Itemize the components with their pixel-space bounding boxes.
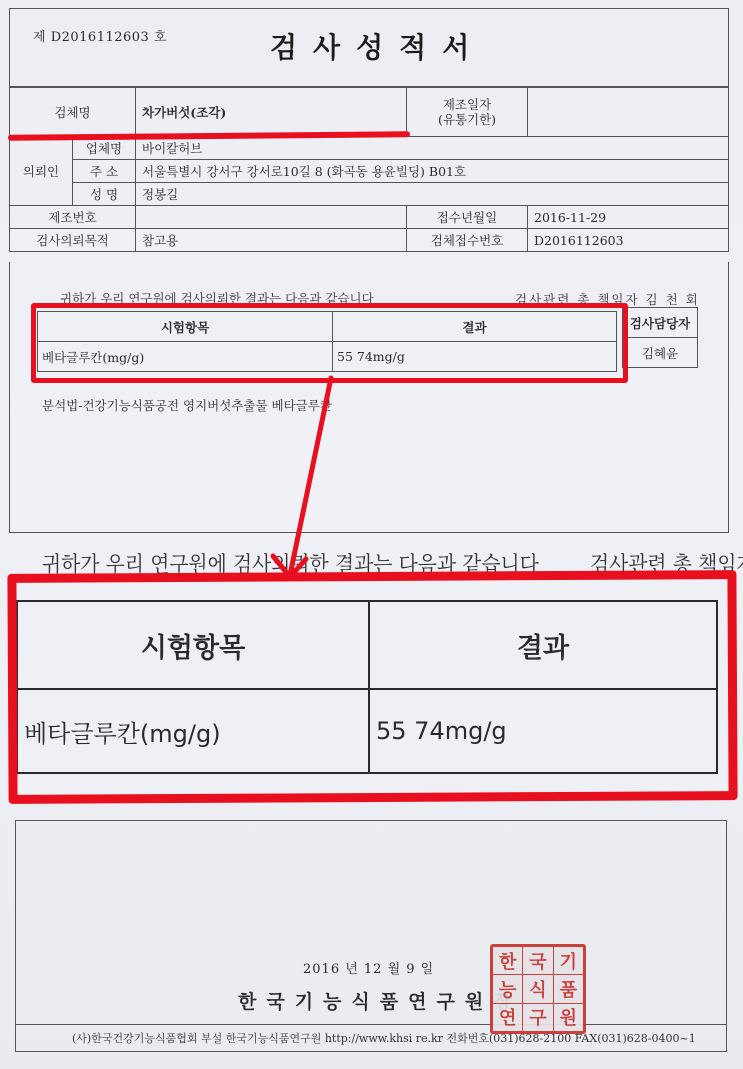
seal-char: 품 bbox=[554, 975, 583, 1002]
analysis-method: 분석법-건강기능식품공전 영지버섯추출물 베타글루칸 bbox=[42, 396, 332, 414]
seal-char: 식 bbox=[523, 975, 552, 1002]
receipt-number: D2016112603 bbox=[528, 229, 729, 252]
purpose: 참고용 bbox=[136, 229, 407, 252]
seal-char: 원 bbox=[554, 1004, 583, 1031]
footer-contact: (사)한국건강기능식품협회 부설 한국기능식품연구원 http://www.kh… bbox=[72, 1030, 696, 1046]
requester-name: 정봉길 bbox=[136, 183, 729, 206]
official-seal-icon: 한 국 기 능 식 품 연 구 원 bbox=[490, 944, 586, 1034]
sample-name: 차가버섯(조각) bbox=[136, 87, 407, 137]
seal-char: 한 bbox=[493, 947, 522, 974]
mfg-date bbox=[528, 87, 729, 137]
highlight-box-large bbox=[7, 570, 737, 804]
document-title: 검사성적서 bbox=[270, 26, 485, 66]
sample-name-label: 검체명 bbox=[10, 87, 136, 137]
staff-table: 검사담당자 김혜윤 bbox=[622, 307, 698, 368]
mfg-date-label: 제조일자 (유통기한) bbox=[407, 87, 528, 137]
receipt-no-label: 검체접수번호 bbox=[407, 229, 528, 252]
address: 서울특별시 강서구 강서로10길 8 (화곡동 용윤빌딩) B01호 bbox=[136, 160, 729, 183]
highlight-box-small bbox=[31, 303, 628, 383]
issue-date: 2016 년 12 월 9 일 bbox=[303, 958, 434, 977]
certificate-page: 제 D2016112603 호 검사성적서 검체명 차가버섯(조각) 제조일자 … bbox=[0, 0, 743, 1069]
document-number: 제 D2016112603 호 bbox=[33, 26, 167, 45]
seal-char: 연 bbox=[493, 1004, 522, 1031]
seal-char: 능 bbox=[493, 975, 522, 1002]
received-date: 2016-11-29 bbox=[528, 206, 729, 229]
staff-name: 김혜윤 bbox=[623, 338, 698, 368]
received-date-label: 접수년월일 bbox=[407, 206, 528, 229]
seal-char: 구 bbox=[523, 1004, 552, 1031]
requester-label: 의뢰인 bbox=[10, 137, 73, 206]
purpose-label: 검사의뢰목적 bbox=[10, 229, 136, 252]
sample-info-table: 검체명 차가버섯(조각) 제조일자 (유통기한) 의뢰인 업체명 바이칼허브 주… bbox=[9, 86, 729, 252]
lot-label: 제조번호 bbox=[10, 206, 136, 229]
seal-char: 기 bbox=[554, 947, 583, 974]
staff-header: 검사담당자 bbox=[623, 308, 698, 338]
address-label: 주 소 bbox=[73, 160, 136, 183]
lot-number bbox=[136, 206, 407, 229]
seal-char: 국 bbox=[523, 947, 552, 974]
company-name: 바이칼허브 bbox=[136, 137, 729, 160]
name-label: 성 명 bbox=[73, 183, 136, 206]
institution-name: 한국기능식품연구원장 bbox=[238, 987, 522, 1014]
